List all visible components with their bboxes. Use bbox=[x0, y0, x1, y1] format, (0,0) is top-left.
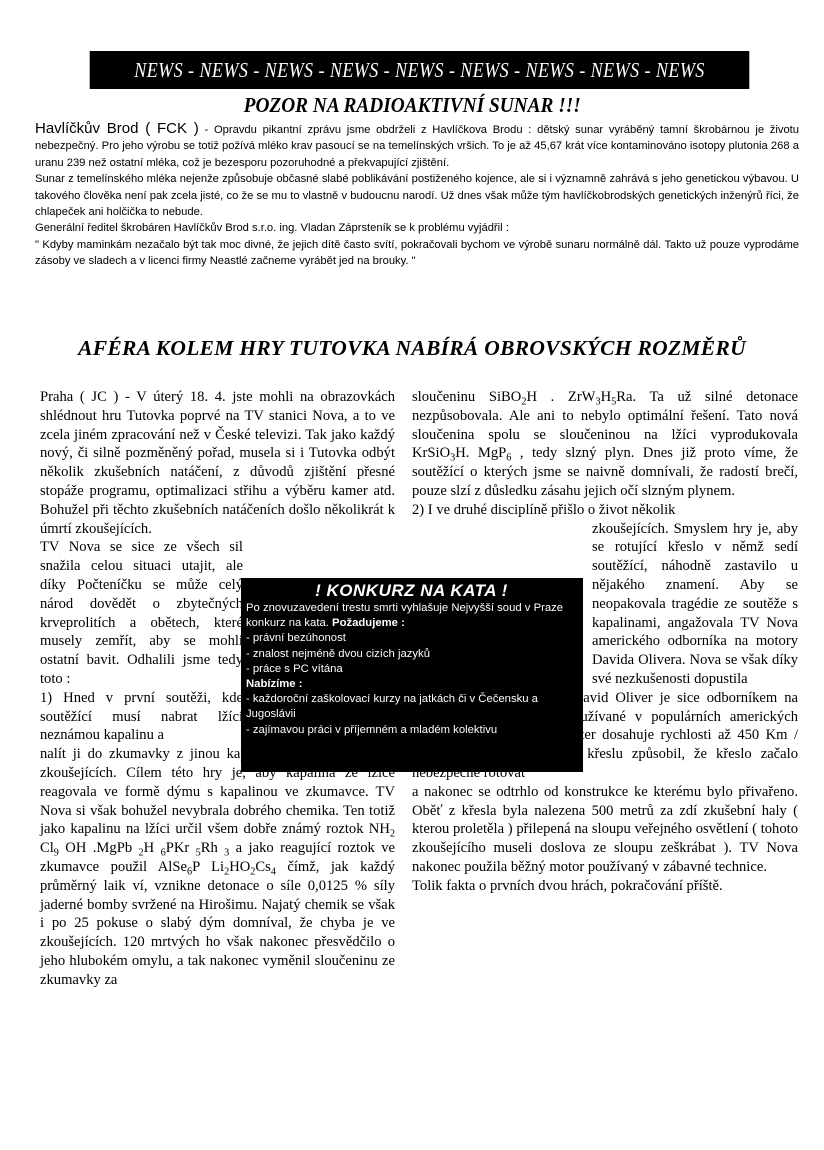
article1-intro: Havlíčkův Brod ( FCK ) - Opravdu pikantn… bbox=[35, 121, 799, 171]
job-ad-title: ! KONKURZ NA KATA ! bbox=[246, 581, 577, 601]
requirement-item: - právní bezúhonost bbox=[246, 631, 577, 646]
article2-paragraph: a nakonec se odtrhlo od konstrukce ke kt… bbox=[412, 783, 798, 877]
job-ad-intro: Po znovuzavedení trestu smrti vyhlašuje … bbox=[246, 601, 577, 631]
offers-label: Nabízíme : bbox=[246, 677, 577, 692]
article1-paragraph: Generální ředitel škrobáren Havlíčkův Br… bbox=[35, 220, 799, 236]
news-banner: NEWS - NEWS - NEWS - NEWS - NEWS - NEWS … bbox=[90, 51, 750, 89]
article2-wrapped-text: TV Nova se sice ze všech sil snažila cel… bbox=[40, 538, 243, 745]
article2-paragraph: zkoušejících. Smyslem hry je, aby se rot… bbox=[592, 520, 798, 689]
article1-dateline: Havlíčkův Brod ( FCK ) bbox=[35, 120, 199, 137]
article2-paragraph: 1) Hned v první soutěži, kde soutěžící m… bbox=[40, 689, 243, 745]
offer-item: - každoroční zaškolovací kurzy na jatkác… bbox=[246, 692, 577, 722]
article1-paragraph: Sunar z temelínského mléka nejenže způso… bbox=[35, 171, 799, 220]
chemical-formula: AlSe6P Li2HO2Cs4 bbox=[158, 859, 276, 875]
article2-paragraph: nalít ji do zkumavky z jinou kapalinou z… bbox=[40, 745, 395, 989]
article2-paragraph: 2) I ve druhé disciplíně přišlo o život … bbox=[412, 501, 798, 520]
job-ad-box: ! KONKURZ NA KATA ! Po znovuzavedení tre… bbox=[241, 578, 583, 772]
article2-paragraph: Tolik fakta o prvních dvou hrách, pokrač… bbox=[412, 877, 798, 896]
article2-wrapped-text: zkoušejících. Smyslem hry je, aby se rot… bbox=[592, 520, 798, 689]
article1-body: Havlíčkův Brod ( FCK ) - Opravdu pikantn… bbox=[35, 121, 799, 270]
article2-headline: AFÉRA KOLEM HRY TUTOVKA NABÍRÁ OBROVSKÝC… bbox=[0, 336, 824, 361]
chemical-formula: KrSiO3H. MgP6 bbox=[412, 445, 511, 461]
requirement-item: - znalost nejméně dvou cizích jazyků bbox=[246, 647, 577, 662]
requirement-item: - práce s PC vítána bbox=[246, 662, 577, 677]
chemical-formula: SiBO2H . ZrW3H5Ra. bbox=[489, 389, 636, 405]
article2-paragraph: Praha ( JC ) - V úterý 18. 4. jste mohli… bbox=[40, 388, 395, 538]
article1-headline: POZOR NA RADIOAKTIVNÍ SUNAR !!! bbox=[0, 93, 824, 118]
article1-quote: " Kdyby maminkám nezačalo být tak moc di… bbox=[35, 237, 799, 270]
requirements-label: Požadujeme : bbox=[332, 617, 405, 629]
news-banner-text: NEWS - NEWS - NEWS - NEWS - NEWS - NEWS … bbox=[134, 58, 705, 83]
article2-paragraph: sloučeninu SiBO2H . ZrW3H5Ra. Ta už siln… bbox=[412, 388, 798, 501]
offer-item: - zajímavou práci v příjemném a mladém k… bbox=[246, 723, 577, 738]
article2-paragraph: TV Nova se sice ze všech sil snažila cel… bbox=[40, 538, 243, 688]
